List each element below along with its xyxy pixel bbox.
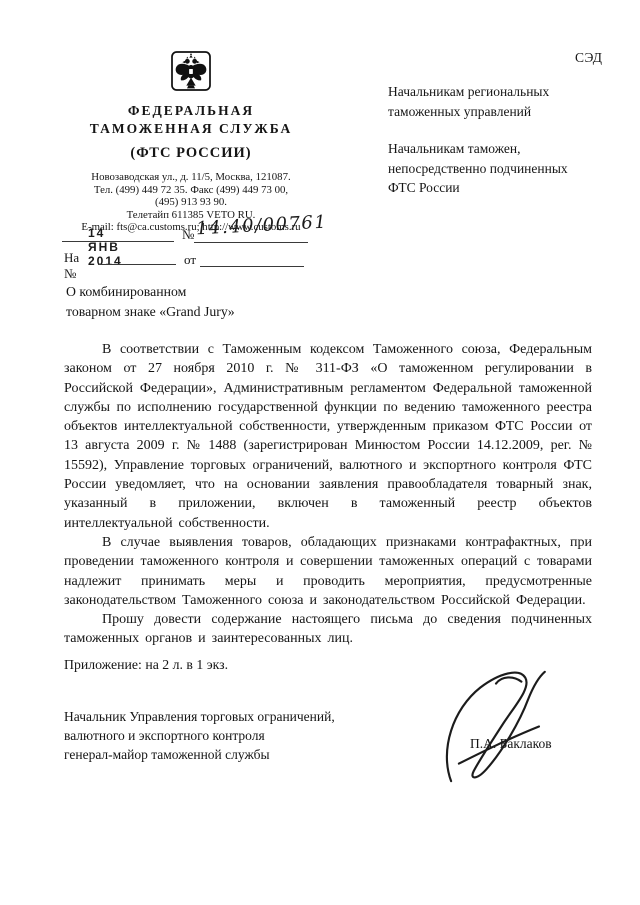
subject-line: товарном знаке «Grand Jury» — [66, 302, 235, 322]
recipient-line: Начальникам таможен, — [388, 139, 608, 159]
recipient-group-2: Начальникам таможен, непосредственно под… — [388, 139, 608, 198]
number-underline — [194, 242, 308, 243]
subject-line: О комбинированном — [66, 282, 235, 302]
date-underline — [62, 241, 174, 242]
recipient-group-1: Начальникам региональных таможенных упра… — [388, 82, 608, 121]
recipient-line: Начальникам региональных — [388, 82, 608, 102]
address-line: Новозаводская ул., д. 11/5, Москва, 1210… — [40, 171, 342, 184]
letterhead: ФЕДЕРАЛЬНАЯ ТАМОЖЕННАЯ СЛУЖБА (ФТС РОССИ… — [40, 50, 342, 234]
subject-block: О комбинированном товарном знаке «Grand … — [66, 282, 235, 321]
incoming-number-label: На № — [64, 250, 79, 282]
double-headed-eagle-icon — [171, 50, 211, 101]
from-date-underline — [200, 266, 304, 267]
from-date-label: от — [184, 252, 196, 268]
signer-position-line: Начальник Управления торговых ограничени… — [64, 707, 335, 726]
org-abbreviation: (ФТС РОССИИ) — [40, 145, 342, 162]
incoming-number-underline — [98, 264, 176, 265]
date-stamp: 14 ЯНВ 2014 — [88, 226, 123, 268]
signer-position-line: валютного и экспортного контроля — [64, 726, 335, 745]
handwritten-signature-icon — [436, 666, 556, 793]
number-sign: № — [182, 227, 194, 243]
letter-body: В соответствии с Таможенным кодексом Там… — [64, 340, 592, 649]
document-page: СЭД ФЕДЕРАЛЬНАЯ ТА — [0, 0, 640, 905]
recipient-line: ФТС России — [388, 178, 608, 198]
attachment-note: Приложение: на 2 л. в 1 экз. — [64, 657, 228, 673]
signer-position-line: генерал-майор таможенной службы — [64, 745, 335, 764]
body-paragraph-3: Прошу довести содержание настоящего пись… — [64, 610, 592, 649]
sed-corner-label: СЭД — [575, 50, 603, 66]
recipient-line: таможенных управлений — [388, 102, 608, 122]
recipients-block: Начальникам региональных таможенных упра… — [388, 82, 608, 198]
body-paragraph-1: В соответствии с Таможенным кодексом Там… — [64, 340, 592, 533]
address-line: Тел. (499) 449 72 35. Факс (499) 449 73 … — [40, 184, 342, 197]
body-paragraph-2: В случае выявления товаров, обладающих п… — [64, 533, 592, 610]
org-name-line1: ФЕДЕРАЛЬНАЯ — [40, 103, 342, 119]
recipient-line: непосредственно подчиненных — [388, 159, 608, 179]
signer-position-block: Начальник Управления торговых ограничени… — [64, 707, 335, 764]
org-name-line2: ТАМОЖЕННАЯ СЛУЖБА — [40, 121, 342, 137]
signer-name: П.А. Баклаков — [470, 736, 552, 752]
address-line: (495) 913 93 90. — [40, 196, 342, 209]
